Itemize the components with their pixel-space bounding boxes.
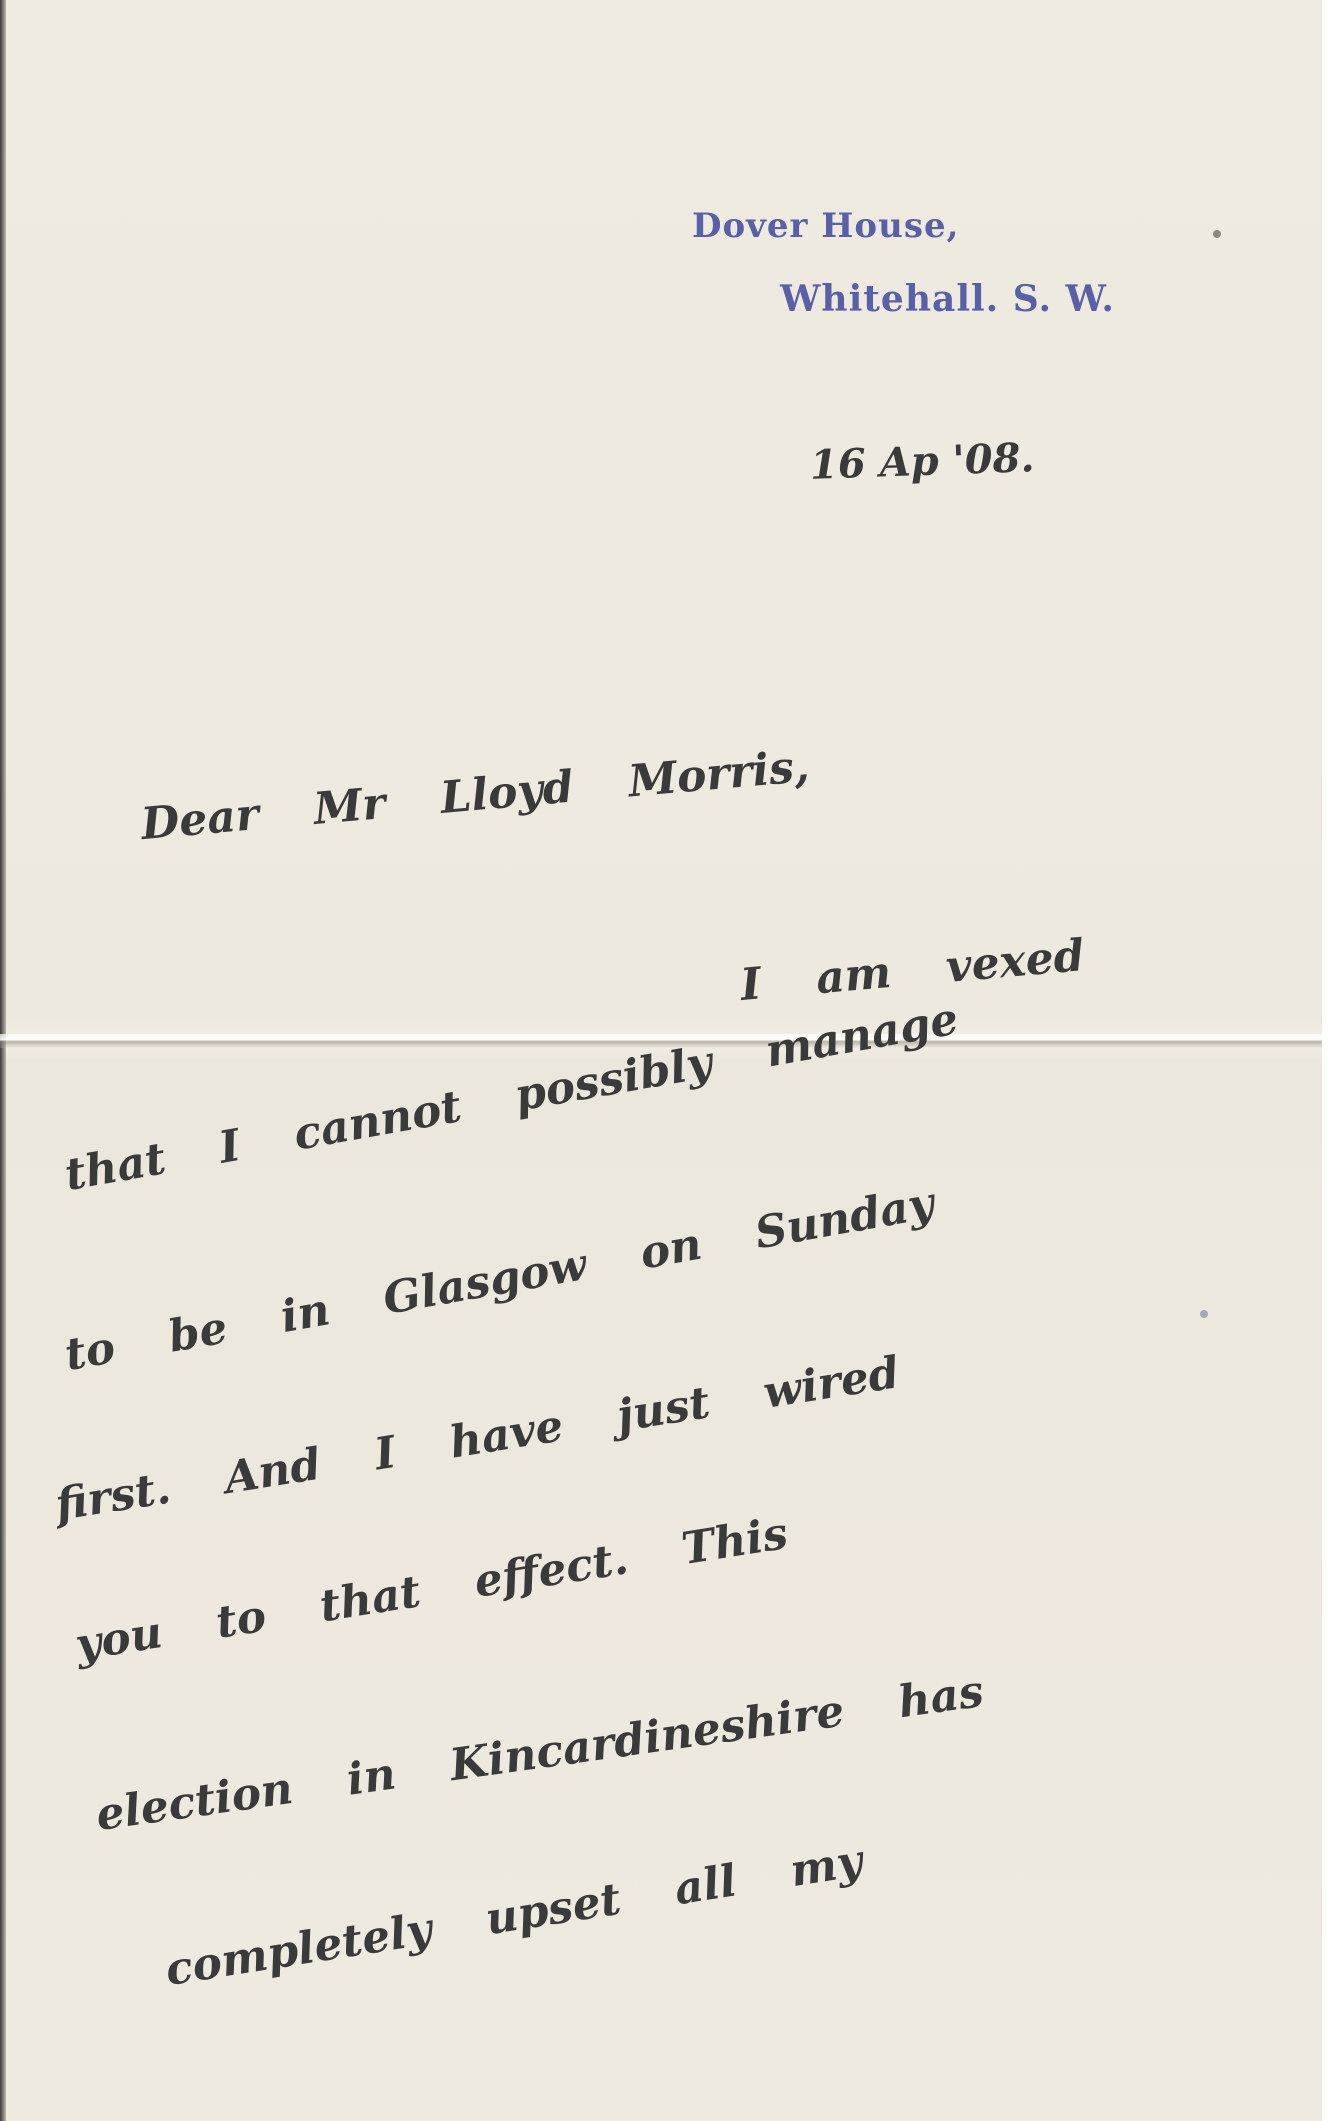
paper-blemish <box>1213 230 1221 238</box>
scan-edge-shadow <box>0 0 6 2121</box>
ink-smudge <box>1200 1310 1208 1318</box>
letterhead-line-1: Dover House, <box>692 206 959 246</box>
letter-date: 16 Ap '08. <box>809 434 1035 489</box>
letterhead-line-2: Whitehall. S. W. <box>780 278 1115 320</box>
